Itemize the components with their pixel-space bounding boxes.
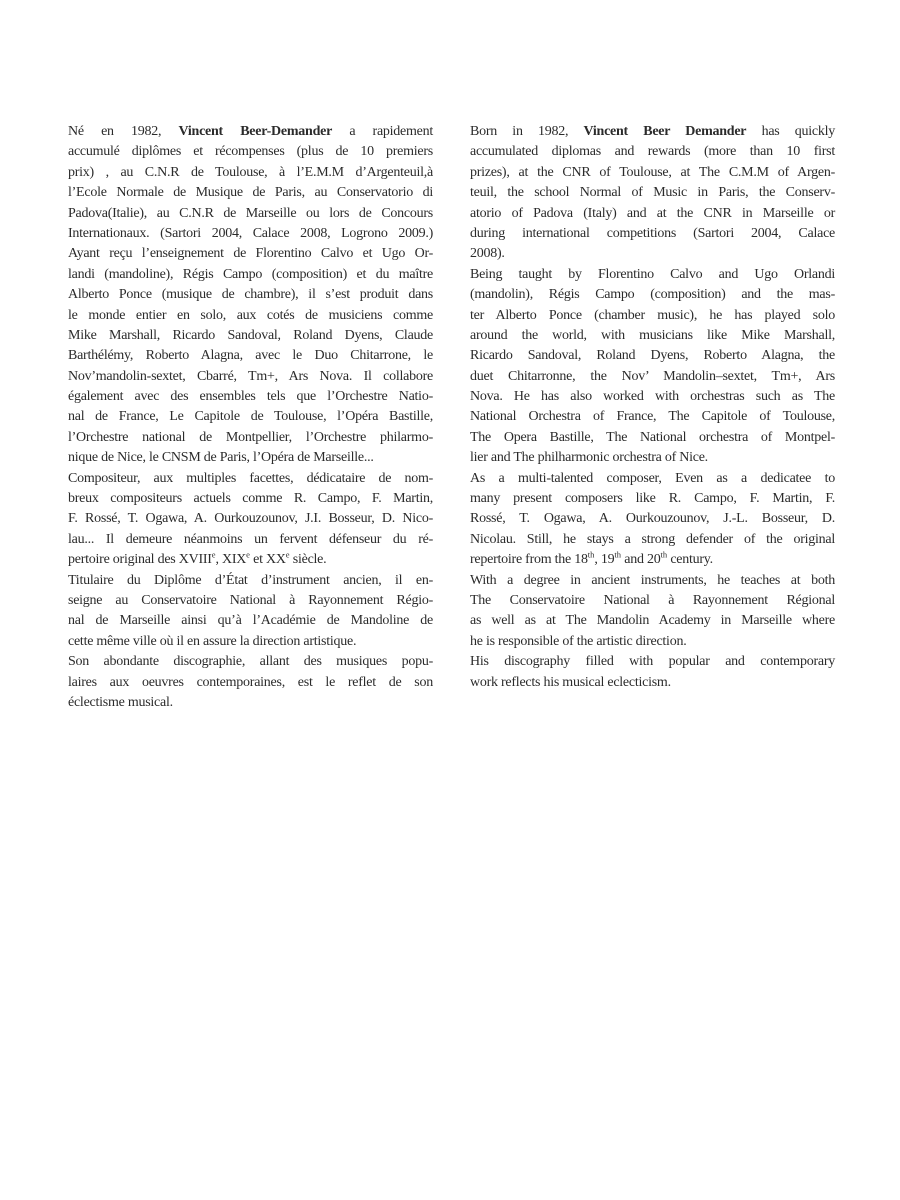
text-line: As a multi-talented composer, Even as a … xyxy=(470,469,835,489)
paragraph: With a degree in ancient instruments, he… xyxy=(470,571,835,653)
text-line: atorio of Padova (Italy) and at the CNR … xyxy=(470,204,835,224)
text-line: Nova. He has also worked with orchestras… xyxy=(470,387,835,407)
text-line: laires aux oeuvres contemporaines, est l… xyxy=(68,673,433,693)
text-line: Barthélémy, Roberto Alagna, avec le Duo … xyxy=(68,346,433,366)
text-line: The Conservatoire National à Rayonnement… xyxy=(470,591,835,611)
paragraph: As a multi-talented composer, Even as a … xyxy=(470,469,835,571)
text-line: F. Rossé, T. Ogawa, A. Ourkouzounov, J.I… xyxy=(68,509,433,529)
text-line: nal de Marseille ainsi qu’à l’Académie d… xyxy=(68,611,433,631)
text-line: seigne au Conservatoire National à Rayon… xyxy=(68,591,433,611)
column-english-bio: Born in 1982, Vincent Beer Demander has … xyxy=(470,122,835,713)
text-line: Nicolau. Still, he stays a strong defend… xyxy=(470,530,835,550)
text-line: l’Ecole Normale de Musique de Paris, au … xyxy=(68,183,433,203)
text-line: work reflects his musical eclecticism. xyxy=(470,673,835,693)
column-french-bio: Né en 1982, Vincent Beer-Demander a rapi… xyxy=(68,122,433,713)
text-line: Born in 1982, Vincent Beer Demander has … xyxy=(470,122,835,142)
text-line: The Opera Bastille, The National orchest… xyxy=(470,428,835,448)
text-line: Son abondante discographie, allant des m… xyxy=(68,652,433,672)
superscript: th xyxy=(588,550,595,560)
superscript: e xyxy=(212,550,216,560)
text-line: Internationaux. (Sartori 2004, Calace 20… xyxy=(68,224,433,244)
text-line: pertoire original des XVIIIe, XIXe et XX… xyxy=(68,550,433,570)
text-line: lier and The philharmonic orchestra of N… xyxy=(470,448,835,468)
text-line: Ayant reçu l’enseignement de Florentino … xyxy=(68,244,433,264)
text-line: prix) , au C.N.R de Toulouse, à l’E.M.M … xyxy=(68,163,433,183)
text-line: teuil, the school Normal of Music in Par… xyxy=(470,183,835,203)
text-line: prizes), at the CNR of Toulouse, at The … xyxy=(470,163,835,183)
text-line: With a degree in ancient instruments, he… xyxy=(470,571,835,591)
text-line: accumulé diplômes et récompenses (plus d… xyxy=(68,142,433,162)
text-line: ter Alberto Ponce (chamber music), he ha… xyxy=(470,306,835,326)
superscript: th xyxy=(660,550,667,560)
text-line: National Orchestra of France, The Capito… xyxy=(470,407,835,427)
text-line: around the world, with musicians like Mi… xyxy=(470,326,835,346)
text-line: cette même ville où il en assure la dire… xyxy=(68,632,433,652)
text-line: (mandolin), Régis Campo (composition) an… xyxy=(470,285,835,305)
text-line: Mike Marshall, Ricardo Sandoval, Roland … xyxy=(68,326,433,346)
superscript: th xyxy=(614,550,621,560)
text-line: accumulated diplomas and rewards (more t… xyxy=(470,142,835,162)
text-line: Compositeur, aux multiples facettes, déd… xyxy=(68,469,433,489)
bold-name: Vincent Beer Demander xyxy=(584,124,747,139)
paragraph: Born in 1982, Vincent Beer Demander has … xyxy=(470,122,835,265)
text-line: duet Chitarronne, the Nov’ Mandolin–sext… xyxy=(470,367,835,387)
text-line: éclectisme musical. xyxy=(68,693,433,713)
paragraph: His discography filled with popular and … xyxy=(470,652,835,693)
text-line: Rossé, T. Ogawa, A. Ourkouzounov, J.-L. … xyxy=(470,509,835,529)
text-line: Padova(Italie), au C.N.R de Marseille ou… xyxy=(68,204,433,224)
text-line: many present composers like R. Campo, F.… xyxy=(470,489,835,509)
text-line: l’Orchestre national de Montpellier, l’O… xyxy=(68,428,433,448)
text-line: landi (mandoline), Régis Campo (composit… xyxy=(68,265,433,285)
text-line: he is responsible of the artistic direct… xyxy=(470,632,835,652)
paragraph: Being taught by Florentino Calvo and Ugo… xyxy=(470,265,835,469)
superscript: e xyxy=(246,550,250,560)
text-line: breux compositeurs actuels comme R. Camp… xyxy=(68,489,433,509)
text-line: nique de Nice, le CNSM de Paris, l’Opéra… xyxy=(68,448,433,468)
text-line: le monde entier en solo, aux cotés de mu… xyxy=(68,306,433,326)
superscript: e xyxy=(286,550,290,560)
text-line: nal de France, Le Capitole de Toulouse, … xyxy=(68,407,433,427)
text-line: Nov’mandolin-sextet, Cbarré, Tm+, Ars No… xyxy=(68,367,433,387)
text-line: Ricardo Sandoval, Roland Dyens, Roberto … xyxy=(470,346,835,366)
text-line: Né en 1982, Vincent Beer-Demander a rapi… xyxy=(68,122,433,142)
text-line: Being taught by Florentino Calvo and Ugo… xyxy=(470,265,835,285)
paragraph: Son abondante discographie, allant des m… xyxy=(68,652,433,713)
text-line: Titulaire du Diplôme d’État d’instrument… xyxy=(68,571,433,591)
text-line: Alberto Ponce (musique de chambre), il s… xyxy=(68,285,433,305)
bio-columns: Né en 1982, Vincent Beer-Demander a rapi… xyxy=(68,122,835,713)
bold-name: Vincent Beer-Demander xyxy=(179,124,333,139)
text-line: également avec des ensembles tels que l’… xyxy=(68,387,433,407)
text-line: His discography filled with popular and … xyxy=(470,652,835,672)
document-page: Né en 1982, Vincent Beer-Demander a rapi… xyxy=(0,0,900,1200)
paragraph: Compositeur, aux multiples facettes, déd… xyxy=(68,469,433,571)
text-line: repertoire from the 18th, 19th and 20th … xyxy=(470,550,835,570)
text-line: 2008). xyxy=(470,244,835,264)
text-line: lau... Il demeure néanmoins un fervent d… xyxy=(68,530,433,550)
text-line: as well as at The Mandolin Academy in Ma… xyxy=(470,611,835,631)
text-line: during international competitions (Sarto… xyxy=(470,224,835,244)
paragraph: Titulaire du Diplôme d’État d’instrument… xyxy=(68,571,433,653)
paragraph: Né en 1982, Vincent Beer-Demander a rapi… xyxy=(68,122,433,469)
